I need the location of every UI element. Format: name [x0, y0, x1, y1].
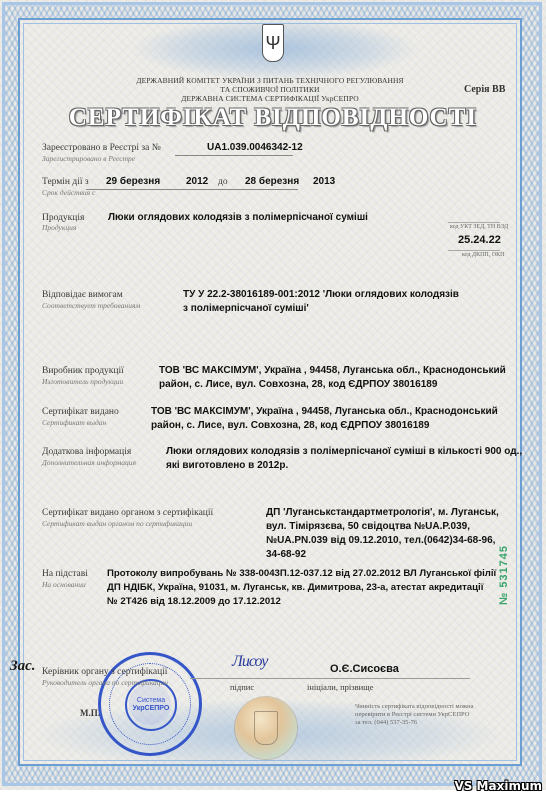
manufacturer-label: Виробник продукції	[42, 366, 124, 376]
validity-from-date: 29 березня	[106, 175, 160, 189]
signatory-name: О.Є.Сисоєва	[330, 663, 399, 677]
issued-to-sublabel: Сертификат выдан	[42, 418, 106, 427]
additional-info-sublabel: Дополнительная информация	[42, 458, 136, 467]
name-caption: ініціали, прізвище	[307, 682, 373, 692]
issued-to-line-1: ТОВ 'ВС МАКСІМУМ', Україна , 94458, Луга…	[151, 405, 498, 419]
issuing-body-sublabel: Сертификат выдан органом по сертификации	[42, 519, 192, 528]
validity-to-year: 2013	[313, 175, 335, 189]
head-sublabel: Руководитель органа по сертификации	[42, 678, 168, 687]
conformity-line-1: ТУ У 22.2-38016189-001:2012 'Люки оглядо…	[183, 288, 459, 302]
issuing-body-line-1: ДП 'Луганськстандартметрологія', м. Луга…	[266, 506, 499, 520]
deputy-prefix: Зас.	[10, 658, 36, 675]
stamp-line-1: Система	[137, 697, 165, 705]
conformity-line-2: з полімерпісчаної суміші'	[183, 302, 309, 316]
issuing-body-label: Сертифікат видано органом з сертифікації	[42, 508, 213, 518]
manufacturer-line-2: район, с. Лисе, вул. Совхозна, 28, код Є…	[159, 378, 437, 392]
validity-to-label: до	[218, 177, 228, 187]
product-code-bottom-label: код ДКПП, ОКП	[462, 252, 504, 258]
basis-line-3: № 2Т426 від 18.12.2009 до 17.12.2012	[107, 595, 281, 609]
manufacturer-sublabel: Изготовитель продукции	[42, 377, 123, 386]
issuing-body-line-4: 34-68-92	[266, 548, 306, 562]
hologram-emblem	[235, 697, 297, 759]
registry-number: UA1.039.0046342-12	[207, 141, 303, 155]
registry-underline	[175, 155, 293, 156]
basis-sublabel: На основании	[42, 580, 86, 589]
verification-note-3: за тел. (044) 537-35-76	[355, 719, 417, 727]
header-line-1: ДЕРЖАВНИЙ КОМІТЕТ УКРАЇНИ З ПИТАНЬ ТЕХНІ…	[100, 76, 440, 85]
issuing-body-line-2: вул. Тімірязєва, 50 свідоцтва №UA.P.039,	[266, 520, 470, 534]
serial-number: № 531745	[498, 545, 510, 605]
signature: Лисоу	[232, 653, 267, 671]
header-line-2: ТА СПОЖИВЧОЇ ПОЛІТИКИ	[100, 85, 440, 94]
seal-label: М.П.	[80, 708, 100, 718]
stamp-line-2: УкрСЕПРО	[133, 705, 170, 713]
hologram-coat-of-arms-icon	[254, 711, 278, 745]
additional-info-label: Додаткова інформація	[42, 447, 131, 457]
validity-to-date: 28 березня	[245, 175, 299, 189]
registry-label: Зареєстровано в Реєстрі за №	[42, 143, 161, 153]
registry-sublabel: Зарегистрировано в Реестре	[42, 154, 135, 163]
watermark: VS Maximum	[454, 779, 542, 793]
basis-line-1: Протоколу випробувань № 338-0043П.12-037…	[107, 567, 496, 581]
product-code: 25.24.22	[458, 234, 501, 248]
signature-caption: підпис	[230, 682, 254, 692]
header-line-3: ДЕРЖАВНА СИСТЕМА СЕРТИФІКАЦІЇ УкрСЕПРО	[100, 94, 440, 103]
product-sublabel: Продукция	[42, 223, 76, 232]
product-label: Продукція	[42, 213, 84, 223]
verification-note-2: перевірити в Реєстрі системи УкрСЕПРО	[355, 711, 469, 719]
basis-label: На підставі	[42, 569, 88, 579]
validity-from-year: 2012	[186, 175, 208, 189]
code-top-line	[448, 222, 500, 223]
additional-info-line-1: Люки оглядових колодязів з полімерпісчан…	[166, 445, 522, 459]
basis-line-2: ДП НДІБК, Україна, 91031, м. Луганськ, к…	[107, 581, 483, 595]
validity-label: Термін дії з	[42, 177, 89, 187]
issued-to-label: Сертифікат видано	[42, 407, 119, 417]
issuing-body-line-3: №UA.PN.039 від 09.12.2010, тел.(0642)34-…	[266, 534, 495, 548]
verification-note-1: Чинність сертифіката відповідності можна	[355, 703, 474, 711]
product-code-top-label: код УКТ ЗЕД, ТН ВЭД	[450, 224, 508, 230]
issued-to-line-2: район, с. Лисе, вул. Совхозна, 28, код Є…	[151, 419, 429, 433]
series-label: Серія ВВ	[464, 84, 505, 95]
conformity-sublabel: Соответствует требованиям	[42, 301, 140, 310]
signature-line	[190, 678, 470, 679]
additional-info-line-2: які виготовлено в 2012р.	[166, 459, 288, 473]
validity-underline	[86, 189, 298, 190]
product-name: Люки оглядових колодязів з полімерпісчан…	[108, 211, 368, 225]
manufacturer-line-1: ТОВ 'ВС МАКСІМУМ', Україна , 94458, Луга…	[159, 364, 506, 378]
head-label: Керівник органу з сертифікації	[42, 667, 167, 677]
certificate-title: СЕРТИФІКАТ ВІДПОВІДНОСТІ	[60, 104, 486, 132]
code-bottom-line	[448, 250, 500, 251]
coat-of-arms-icon: Ψ	[262, 24, 284, 62]
conformity-label: Відповідає вимогам	[42, 290, 123, 300]
